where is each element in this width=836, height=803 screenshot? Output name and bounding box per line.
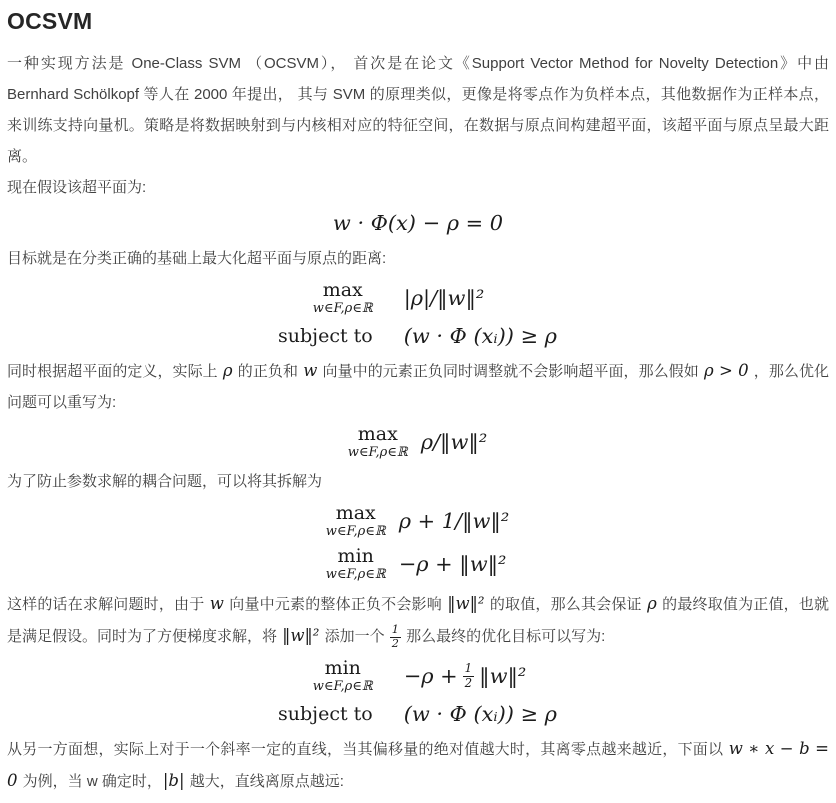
operator-name: max xyxy=(323,281,363,300)
formula-rhs: ρ/‖w‖² xyxy=(420,430,488,454)
page-title: OCSVM xyxy=(7,6,829,36)
inline-math: ρ + 1/‖w‖² xyxy=(398,509,511,533)
formula-keyword: subject to xyxy=(278,325,373,347)
text-run: 添加一个 xyxy=(320,628,388,645)
article: OCSVM 一种实现方法是 One-Class SVM （OCSVM）， 首次是… xyxy=(7,6,829,797)
article-content: 一种实现方法是 One-Class SVM （OCSVM）， 首次是在论文《Su… xyxy=(7,48,829,797)
inline-math: w xyxy=(209,594,225,613)
operator-with-limits: maxw∈F,ρ∈ℝ xyxy=(348,425,408,459)
text-run: 越大，直线离原点越远: xyxy=(186,773,344,790)
formula-block: maxw∈F,ρ∈ℝ|ρ|/‖w‖²subject to(w · Φ (xᵢ))… xyxy=(7,281,829,348)
formula-alignment-grid: minw∈F,ρ∈ℝ−ρ + 12‖w‖²subject to(w · Φ (x… xyxy=(278,659,558,726)
inline-math: (w · Φ (xᵢ)) ≥ ρ xyxy=(403,702,558,726)
paragraph: 目标就是在分类正确的基础上最大化超平面与原点的距离: xyxy=(7,243,829,274)
inline-math: |b| xyxy=(162,771,186,790)
text-run: 一种实现方法是 One-Class SVM （OCSVM）， 首次是在论文《Su… xyxy=(7,55,829,165)
operator-with-limits: maxw∈F,ρ∈ℝ xyxy=(313,281,373,315)
inline-math: w · Φ(x) − ρ = 0 xyxy=(332,210,504,236)
formula-rhs: (w · Φ (xᵢ)) ≥ ρ xyxy=(403,702,558,726)
formula-rhs: |ρ|/‖w‖² xyxy=(403,286,486,310)
operator-name: max xyxy=(358,425,398,444)
inline-math: ρ > 0 xyxy=(703,361,750,380)
fraction-denominator: 2 xyxy=(390,638,401,651)
inline-math: ρ xyxy=(646,594,658,613)
formula-rhs: −ρ + 12‖w‖² xyxy=(403,662,528,689)
operator-with-limits: minw∈F,ρ∈ℝ xyxy=(326,547,386,581)
text-run: 向量中元素的整体正负不会影响 xyxy=(225,596,446,613)
fraction-denominator: 2 xyxy=(463,677,475,690)
paragraph: 同时根据超平面的定义，实际上 ρ 的正负和 w 向量中的元素正负同时调整就不会影… xyxy=(7,355,829,418)
inline-math: ‖w‖² xyxy=(446,594,485,613)
inline-math: ρ/‖w‖² xyxy=(420,430,488,454)
operator-with-limits: minw∈F,ρ∈ℝ xyxy=(313,659,373,693)
formula-alignment-grid: maxw∈F,ρ∈ℝ|ρ|/‖w‖²subject to(w · Φ (xᵢ))… xyxy=(278,281,558,348)
document-page: { "header": { "title": "OCSVM" }, "color… xyxy=(0,0,836,803)
text-run: 现在假设该超平面为: xyxy=(7,179,146,196)
text-run: 向量中的元素正负同时调整就不会影响超平面，那么假如 xyxy=(318,363,703,380)
fraction: 12 xyxy=(390,624,401,650)
formula-block: maxw∈F,ρ∈ℝρ + 1/‖w‖²minw∈F,ρ∈ℝ−ρ + ‖w‖² xyxy=(7,504,829,581)
operator-name: min xyxy=(338,547,374,566)
formula-alignment-grid: maxw∈F,ρ∈ℝρ + 1/‖w‖²minw∈F,ρ∈ℝ−ρ + ‖w‖² xyxy=(326,504,511,581)
text-run: 同时根据超平面的定义，实际上 xyxy=(7,363,222,380)
fraction: 12 xyxy=(463,662,475,689)
text-run: 为了防止参数求解的耦合问题，可以将其拆解为 xyxy=(7,473,322,490)
formula-lhs: subject to xyxy=(278,703,373,725)
formula-block: w · Φ(x) − ρ = 0 xyxy=(7,210,829,236)
formula-rhs: −ρ + ‖w‖² xyxy=(398,552,508,576)
operator-subscript: w∈F,ρ∈ℝ xyxy=(326,525,386,538)
operator-subscript: w∈F,ρ∈ℝ xyxy=(348,446,408,459)
operator-name: min xyxy=(325,659,361,678)
paragraph: 为了防止参数求解的耦合问题，可以将其拆解为 xyxy=(7,466,829,497)
formula-lhs: maxw∈F,ρ∈ℝ xyxy=(348,425,408,459)
formula-block: maxw∈F,ρ∈ℝρ/‖w‖² xyxy=(7,425,829,459)
text-run: 这样的话在求解问题时，由于 xyxy=(7,596,209,613)
inline-math: ‖w‖² xyxy=(281,626,320,645)
operator-subscript: w∈F,ρ∈ℝ xyxy=(313,302,373,315)
text-run: 那么最终的优化目标可以写为: xyxy=(402,628,605,645)
inline-math: −ρ + xyxy=(403,664,459,688)
text-run: 的正负和 xyxy=(234,363,303,380)
formula-keyword: subject to xyxy=(278,703,373,725)
text-run: 为例，当 w 确定时， xyxy=(19,773,162,790)
text-run: 目标就是在分类正确的基础上最大化超平面与原点的距离: xyxy=(7,250,386,267)
text-run: 从另一方面想，实际上对于一个斜率一定的直线，当其偏移量的绝对值越大时，其离零点越… xyxy=(7,741,728,758)
formula-alignment-grid: maxw∈F,ρ∈ℝρ/‖w‖² xyxy=(348,425,488,459)
operator-subscript: w∈F,ρ∈ℝ xyxy=(326,568,386,581)
inline-math: ‖w‖² xyxy=(478,664,527,688)
operator-name: max xyxy=(336,504,376,523)
formula-rhs: ρ + 1/‖w‖² xyxy=(398,509,511,533)
paragraph: 现在假设该超平面为: xyxy=(7,172,829,203)
inline-math: ρ xyxy=(222,361,234,380)
text-run: 的取值，那么其会保证 xyxy=(486,596,647,613)
paragraph: 一种实现方法是 One-Class SVM （OCSVM）， 首次是在论文《Su… xyxy=(7,48,829,172)
inline-math: |ρ|/‖w‖² xyxy=(403,286,486,310)
formula-rhs: (w · Φ (xᵢ)) ≥ ρ xyxy=(403,324,558,348)
fraction-numerator: 1 xyxy=(390,624,401,638)
formula-lhs: minw∈F,ρ∈ℝ xyxy=(326,547,386,581)
inline-math: w xyxy=(302,361,318,380)
formula-lhs: minw∈F,ρ∈ℝ xyxy=(313,659,373,693)
formula-lhs: maxw∈F,ρ∈ℝ xyxy=(313,281,373,315)
operator-subscript: w∈F,ρ∈ℝ xyxy=(313,680,373,693)
inline-math: −ρ + ‖w‖² xyxy=(398,552,508,576)
paragraph: 这样的话在求解问题时，由于 w 向量中元素的整体正负不会影响 ‖w‖² 的取值，… xyxy=(7,588,829,652)
paragraph: 从另一方面想，实际上对于一个斜率一定的直线，当其偏移量的绝对值越大时，其离零点越… xyxy=(7,733,829,797)
formula-lhs: maxw∈F,ρ∈ℝ xyxy=(326,504,386,538)
formula-line: w · Φ(x) − ρ = 0 xyxy=(332,210,504,236)
formula-lhs: subject to xyxy=(278,325,373,347)
operator-with-limits: maxw∈F,ρ∈ℝ xyxy=(326,504,386,538)
fraction-numerator: 1 xyxy=(463,662,475,676)
formula-block: minw∈F,ρ∈ℝ−ρ + 12‖w‖²subject to(w · Φ (x… xyxy=(7,659,829,726)
inline-math: (w · Φ (xᵢ)) ≥ ρ xyxy=(403,324,558,348)
